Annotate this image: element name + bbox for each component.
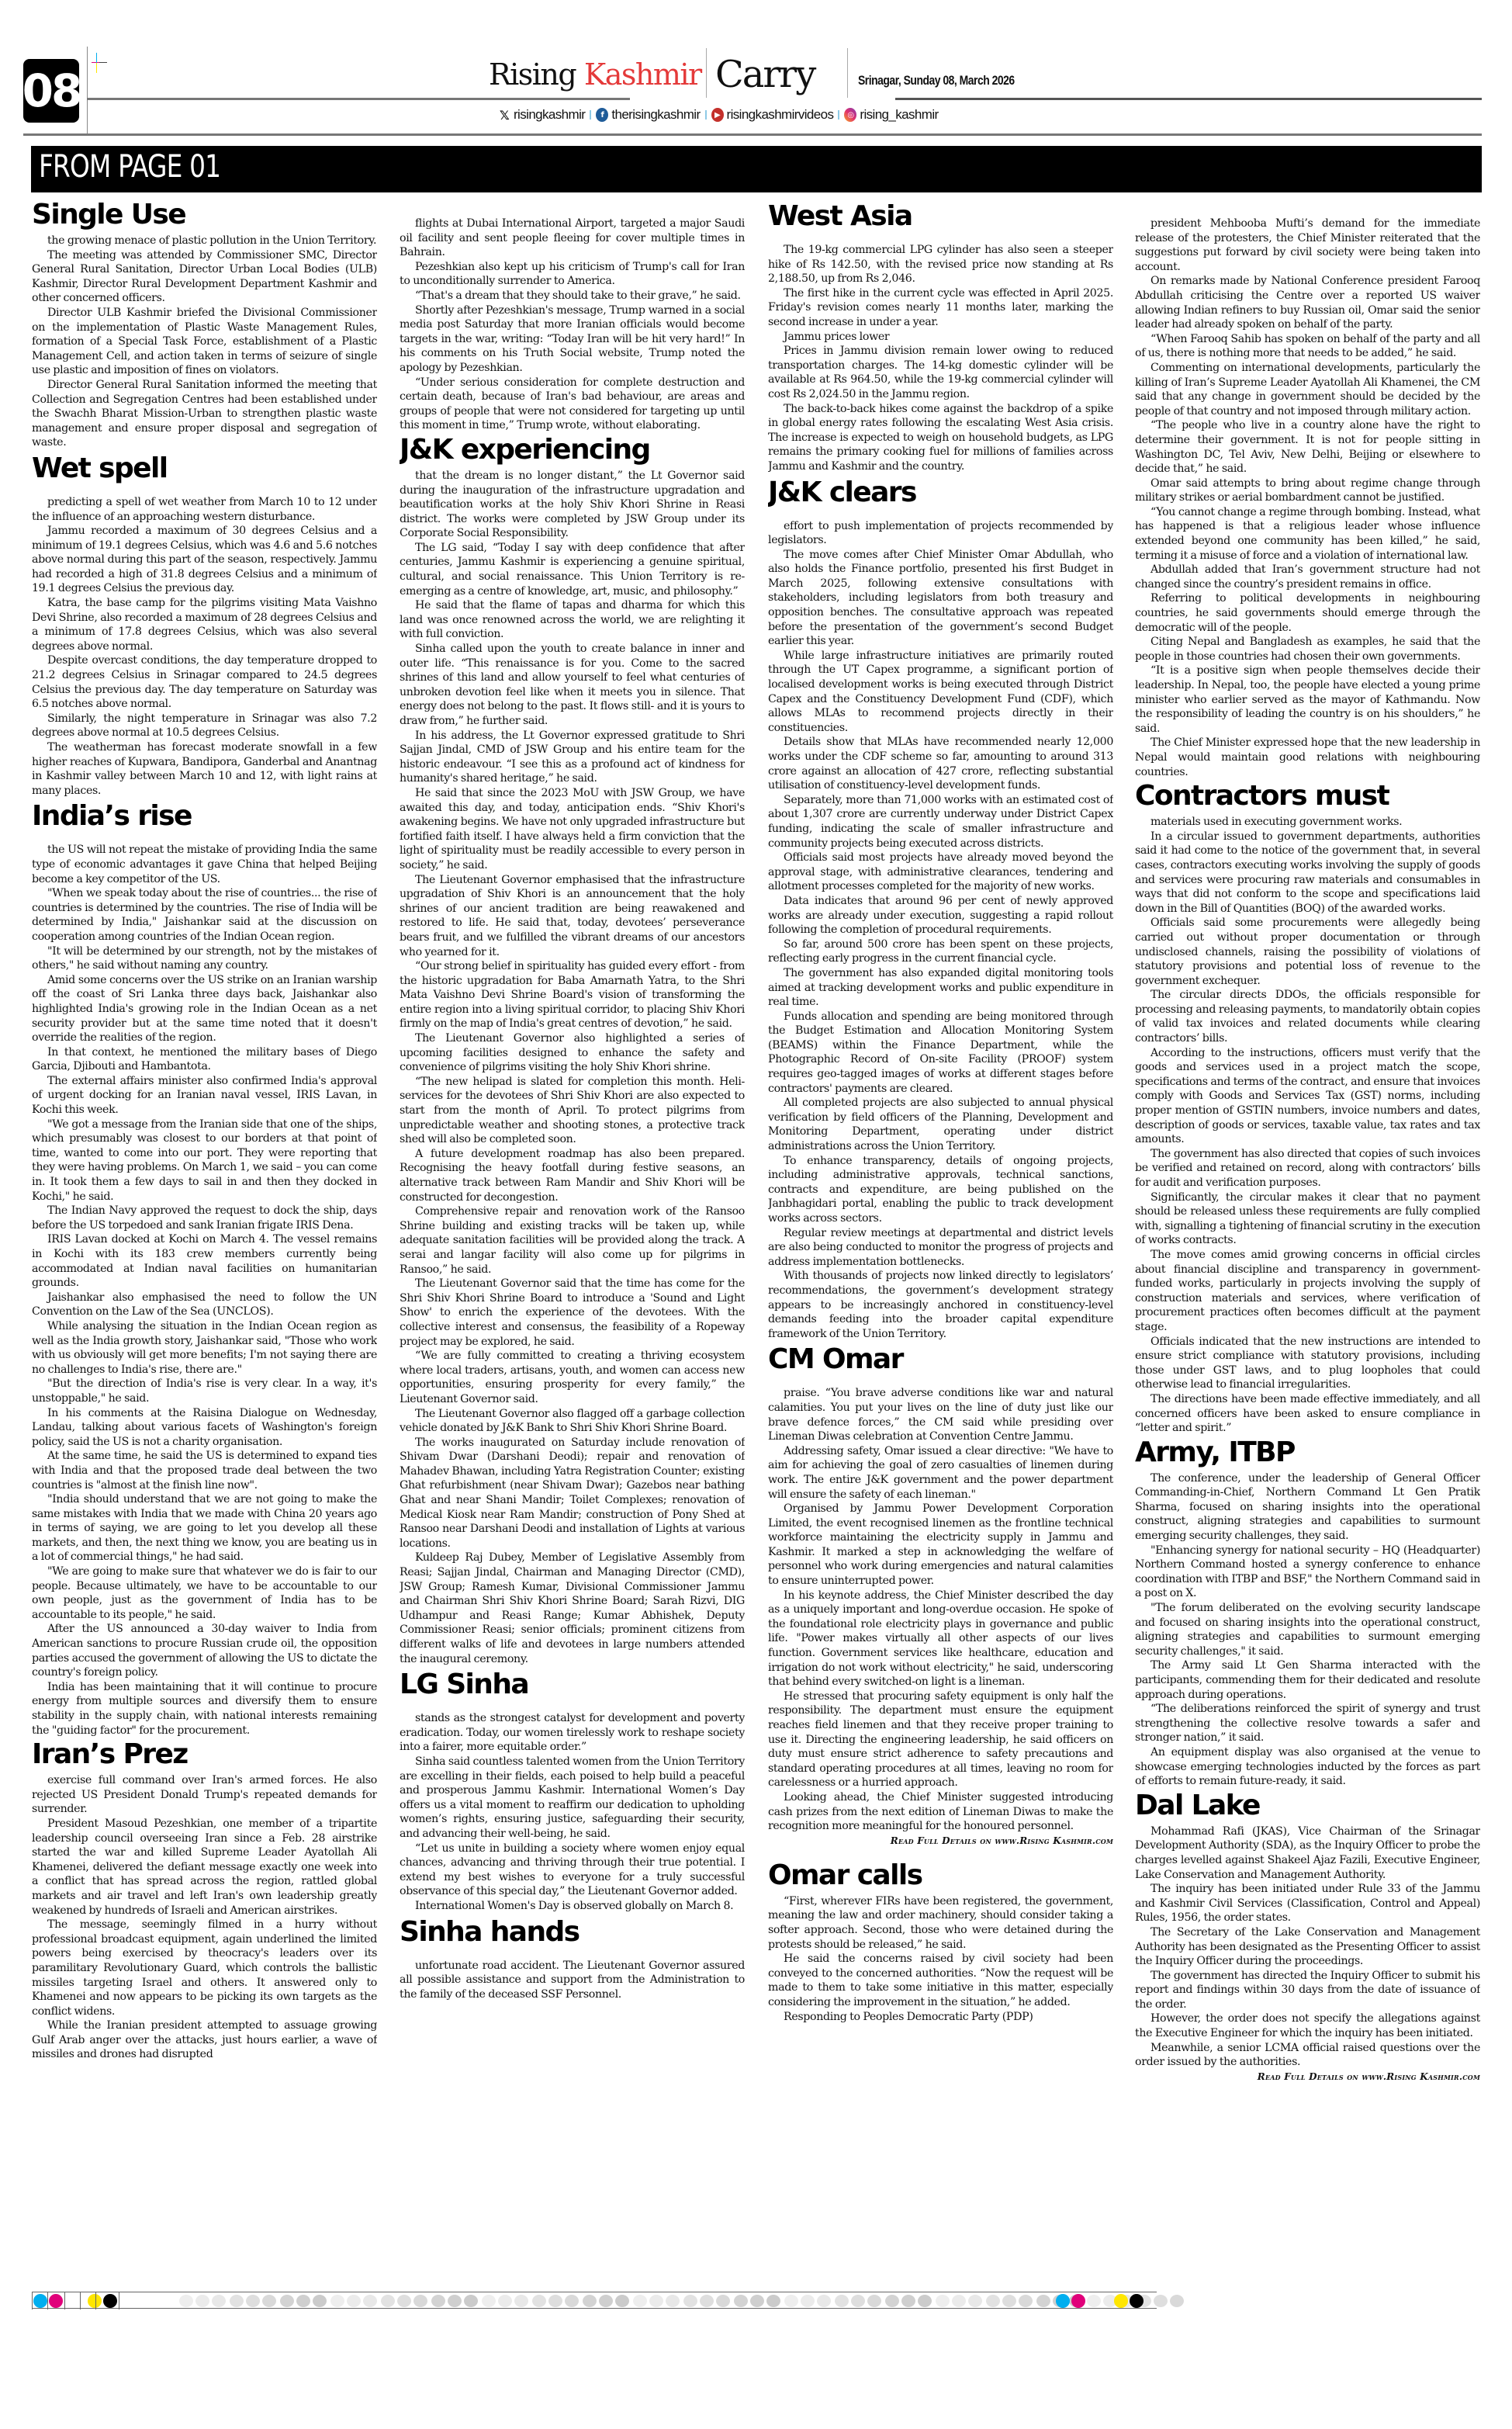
page-number-badge: 08 (23, 59, 79, 123)
article-paragraph: “Our strong belief in spirituality has g… (400, 959, 745, 1031)
article-paragraph: “The people who live in a country alone … (1135, 418, 1480, 476)
article-paragraph: Similarly, the night temperature in Srin… (32, 712, 377, 740)
article-paragraph: The government has also directed that co… (1135, 1147, 1480, 1190)
tint-dot (179, 2295, 193, 2307)
article-paragraph: Sinha called upon the youth to create ba… (400, 642, 745, 729)
section-banner-label: FROM PAGE 01 (39, 149, 220, 185)
tint-dot (683, 2295, 697, 2307)
tint-dot (583, 2295, 597, 2307)
tint-dot (397, 2295, 411, 2307)
article: president Mehbooba Mufti’s demand for th… (1135, 198, 1480, 779)
divider (95, 2292, 96, 2309)
article-paragraph: So far, around 500 crore has been spent … (768, 937, 1113, 966)
article-paragraph: Kuldeep Raj Dubey, Member of Legislative… (400, 1551, 745, 1666)
tint-dot (986, 2295, 1000, 2307)
tint-dot (784, 2295, 798, 2307)
article-paragraph: Sinha said countless talented women from… (400, 1755, 745, 1842)
tint-dot (280, 2295, 294, 2307)
article-paragraph: Amid some concerns over the US strike on… (32, 973, 377, 1045)
tint-dot (766, 2295, 780, 2307)
article: Omar calls“First, wherever FIRs have bee… (768, 1860, 1113, 2024)
instagram-icon: ◎ (844, 108, 856, 122)
tint-dot (885, 2295, 899, 2307)
article-paragraph: The first hike in the current cycle was … (768, 286, 1113, 330)
article-paragraph: Director General Rural Sanitation inform… (32, 378, 377, 450)
tint-dot (968, 2295, 982, 2307)
article-paragraph: A future development roadmap has also be… (400, 1147, 745, 1204)
tint-dot (431, 2295, 445, 2307)
article: LG Sinhastands as the strongest catalyst… (400, 1669, 745, 1913)
article-paragraph: The inquiry has been initiated under Rul… (1135, 1882, 1480, 1925)
article-paragraph: Katra, the base camp for the pilgrims vi… (32, 596, 377, 653)
tint-dot (230, 2295, 244, 2307)
article-paragraph: The Indian Navy approved the request to … (32, 1204, 377, 1232)
article-paragraph: The conference, under the leadership of … (1135, 1471, 1480, 1544)
article-paragraph: "India should understand that we are not… (32, 1492, 377, 1564)
tint-dot (246, 2295, 260, 2307)
article-paragraph: While the Iranian president attempted to… (32, 2018, 377, 2062)
article-paragraph: India has been maintaining that it will … (32, 1680, 377, 1738)
article-paragraph: After the US announced a 30-day waiver t… (32, 1622, 377, 1679)
tint-dot (482, 2295, 496, 2307)
yellow-swatch-icon (88, 2294, 102, 2308)
tint-dot (296, 2295, 310, 2307)
article-paragraph: President Masoud Pezeshkian, one member … (32, 1817, 377, 1918)
article-paragraph: The directions have been made effective … (1135, 1392, 1480, 1436)
tint-dot (313, 2295, 327, 2307)
article-paragraph: All completed projects are also subjecte… (768, 1096, 1113, 1153)
article-paragraph: Comprehensive repair and renovation work… (400, 1204, 745, 1277)
article-paragraph: Responding to Peoples Democratic Party (… (768, 2010, 1113, 2025)
spacer (400, 198, 745, 217)
article-paragraph: materials used in executing government w… (1135, 815, 1480, 830)
article-paragraph: "When we speak today about the rise of c… (32, 886, 377, 944)
social-link-instagram[interactable]: ◎ rising_kashmir (844, 107, 938, 123)
article-headline[interactable]: Omar calls (768, 1860, 1113, 1891)
article-paragraph: Jammu recorded a maximum of 30 degrees C… (32, 524, 377, 596)
article-headline[interactable]: Dal Lake (1135, 1790, 1480, 1821)
tint-dot (835, 2295, 849, 2307)
article-paragraph: The back-to-back hikes come against the … (768, 402, 1113, 474)
magenta-swatch-icon (1071, 2294, 1085, 2308)
article-paragraph: "But the direction of India's rise is ve… (32, 1377, 377, 1405)
tint-dot (1019, 2295, 1033, 2307)
tint-dot (262, 2295, 276, 2307)
article: Single Usethe growing menace of plastic … (32, 199, 377, 450)
tint-dot (413, 2295, 427, 2307)
article-paragraph: The LG said, “Today I say with deep conf… (400, 541, 745, 598)
article-paragraph: the growing menace of plastic pollution … (32, 234, 377, 248)
article-paragraph: praise. “You brave adverse conditions li… (768, 1386, 1113, 1443)
article-paragraph: Organised by Jammu Power Development Cor… (768, 1502, 1113, 1589)
tint-dot (381, 2295, 395, 2307)
tint-dot (1002, 2295, 1016, 2307)
article-paragraph: "The forum deliberated on the evolving s… (1135, 1601, 1480, 1658)
brand-logo[interactable]: Rising Kashmir (489, 57, 701, 92)
tint-dot (347, 2295, 361, 2307)
article-paragraph: flights at Dubai International Airport, … (400, 217, 745, 260)
divider (705, 110, 707, 120)
tint-dot (532, 2295, 546, 2307)
article-paragraph: IRIS Lavan docked at Kochi on March 4. T… (32, 1232, 377, 1290)
tint-dot (615, 2295, 629, 2307)
article: Dal LakeMohammad Rafi (JKAS), Vice Chair… (1135, 1790, 1480, 2082)
article-paragraph: “The new helipad is slated for completio… (400, 1075, 745, 1147)
article-paragraph: The meeting was attended by Commissioner… (32, 248, 377, 306)
article-paragraph: The government has directed the Inquiry … (1135, 1969, 1480, 2012)
social-link-youtube[interactable]: ▶ risingkashmirvideos (711, 107, 834, 123)
tint-dot (901, 2295, 915, 2307)
article-paragraph: “You cannot change a regime through bomb… (1135, 505, 1480, 563)
article-paragraph: Mohammad Rafi (JKAS), Vice Chairman of t… (1135, 1824, 1480, 1882)
article-paragraph: The Lieutenant Governor also flagged off… (400, 1407, 745, 1436)
article-paragraph: At the same time, he said the US is dete… (32, 1449, 377, 1492)
article-paragraph: "We got a message from the Iranian side … (32, 1117, 377, 1204)
column-3: West AsiaThe 19-kg commercial LPG cylind… (768, 198, 1113, 2363)
article-paragraph: Omar said attempts to bring about regime… (1135, 476, 1480, 505)
tint-dot (1154, 2295, 1168, 2307)
article-paragraph: The Chief Minister expressed hope that t… (1135, 736, 1480, 779)
article-paragraph: predicting a spell of wet weather from M… (32, 495, 377, 524)
tint-dot (363, 2295, 377, 2307)
divider (80, 2292, 81, 2309)
article-paragraph: The 19-kg commercial LPG cylinder has al… (768, 243, 1113, 286)
article-paragraph: Details show that MLAs have recommended … (768, 735, 1113, 792)
dateline: Srinagar, Sunday 08, March 2026 (858, 73, 1015, 88)
article: Army, ITBPThe conference, under the lead… (1135, 1437, 1480, 1789)
article-paragraph: Jammu prices lower (768, 330, 1113, 345)
social-link-facebook[interactable]: f therisingkashmir (596, 107, 700, 123)
article-paragraph: In his address, the Lt Governor expresse… (400, 729, 745, 786)
article: India’s risethe US will not repeat the m… (32, 801, 377, 1738)
article-paragraph: “First, wherever FIRs have been register… (768, 1894, 1113, 1952)
article-paragraph: Meanwhile, a senior LCMA official raised… (1135, 2041, 1480, 2070)
tint-dot (801, 2295, 815, 2307)
black-swatch-icon (103, 2294, 117, 2308)
article-paragraph: The works inaugurated on Saturday includ… (400, 1436, 745, 1551)
article-paragraph: “Let us unite in building a society wher… (400, 1842, 745, 1899)
youtube-icon: ▶ (711, 108, 724, 122)
article-paragraph: Officials said some procurements were al… (1135, 916, 1480, 988)
article-paragraph: Significantly, the circular makes it cle… (1135, 1190, 1480, 1248)
article-paragraph: “Under serious consideration for complet… (400, 376, 745, 433)
article-paragraph: Addressing safety, Omar issued a clear d… (768, 1444, 1113, 1502)
article-paragraph: In that context, he mentioned the milita… (32, 1045, 377, 1074)
article-paragraph: “The deliberations reinforced the spirit… (1135, 1702, 1480, 1745)
article-paragraph: "It will be determined by our strength, … (32, 944, 377, 973)
article-paragraph: In his keynote address, the Chief Minist… (768, 1589, 1113, 1689)
column-1: Single Usethe growing menace of plastic … (32, 198, 377, 2363)
article-paragraph: According to the instructions, officers … (1135, 1046, 1480, 1147)
article-paragraph: the US will not repeat the mistake of pr… (32, 843, 377, 886)
article-paragraph: In a circular issued to government depar… (1135, 830, 1480, 917)
article-headline[interactable]: J&K clears (768, 477, 1113, 508)
tint-dot (212, 2295, 226, 2307)
black-swatch-icon (1130, 2294, 1144, 2308)
article-paragraph: While large infrastructure initiatives a… (768, 649, 1113, 736)
article: Sinha handsunfortunate road accident. Th… (400, 1917, 745, 2002)
tint-dot (700, 2295, 714, 2307)
tint-dot (1170, 2295, 1184, 2307)
spacer (1135, 198, 1480, 217)
social-handle: rising_kashmir (860, 107, 938, 123)
article-paragraph: Funds allocation and spending are being … (768, 1010, 1113, 1097)
cyan-swatch-icon (1056, 2294, 1070, 2308)
article-paragraph: To enhance transparency, details of ongo… (768, 1154, 1113, 1226)
divider (590, 110, 591, 120)
tint-dot (514, 2295, 528, 2307)
article-paragraph: "Enhancing synergy for national security… (1135, 1544, 1480, 1601)
tint-dot (867, 2295, 881, 2307)
article-paragraph: "We are going to make sure that whatever… (32, 1564, 377, 1622)
article-headline[interactable]: Wet spell (32, 453, 377, 484)
article-paragraph: Looking ahead, the Chief Minister sugges… (768, 1790, 1113, 1834)
article-paragraph: Pezeshkian also kept up his criticism of… (400, 260, 745, 289)
divider (23, 133, 1482, 136)
tint-dot (936, 2295, 950, 2307)
divider (87, 98, 630, 100)
tint-dot (918, 2295, 932, 2307)
tint-dot (565, 2295, 579, 2307)
tint-dot (548, 2295, 562, 2307)
divider (87, 47, 88, 134)
article-headline[interactable]: Iran’s Prez (32, 1739, 377, 1770)
read-more-link[interactable]: Read Full Details on www.Rising Kashmir.… (768, 1835, 1113, 1846)
article-paragraph: Despite overcast conditions, the day tem… (32, 653, 377, 711)
social-handle: risingkashmirvideos (727, 107, 834, 123)
social-handle: therisingkashmir (611, 107, 700, 123)
article-paragraph: Regular review meetings at departmental … (768, 1226, 1113, 1270)
tint-dot (599, 2295, 613, 2307)
article-paragraph: Commenting on international developments… (1135, 361, 1480, 418)
article-paragraph: “When Farooq Sahib has spoken on behalf … (1135, 332, 1480, 361)
article-paragraph: Jaishankar also emphasised the need to f… (32, 1291, 377, 1319)
article-paragraph: Citing Nepal and Bangladesh as examples,… (1135, 635, 1480, 664)
article-paragraph: However, the order does not specify the … (1135, 2011, 1480, 2040)
article-paragraph: Separately, more than 71,000 works with … (768, 793, 1113, 851)
divider (119, 2292, 119, 2309)
section-banner: FROM PAGE 01 (31, 146, 1482, 192)
article-paragraph: Director ULB Kashmir briefed the Divisio… (32, 306, 377, 378)
social-link-x[interactable]: 𝕏 risingkashmir (498, 107, 585, 123)
yellow-swatch-icon (1114, 2294, 1128, 2308)
divider (64, 2292, 65, 2309)
color-registration-strip (32, 2292, 1157, 2309)
column-4: president Mehbooba Mufti’s demand for th… (1135, 198, 1480, 2363)
x-icon: 𝕏 (498, 108, 510, 122)
cyan-swatch-icon (33, 2294, 47, 2308)
tint-dot (750, 2295, 764, 2307)
article-paragraph: president Mehbooba Mufti’s demand for th… (1135, 217, 1480, 274)
article-headline[interactable]: J&K experiencing (400, 435, 745, 466)
article-headline[interactable]: Army, ITBP (1135, 1437, 1480, 1468)
article-headline[interactable]: Contractors must (1135, 781, 1480, 812)
article-paragraph: Data indicates that around 96 per cent o… (768, 894, 1113, 937)
tint-dot (716, 2295, 730, 2307)
tint-dot (448, 2295, 462, 2307)
divider (847, 48, 848, 98)
tint-dot (851, 2295, 865, 2307)
tint-dot (330, 2295, 344, 2307)
article-paragraph: Officials said most projects have alread… (768, 851, 1113, 894)
article-headline[interactable]: West Asia (768, 201, 1113, 232)
section-name: Carry (715, 53, 815, 96)
article-paragraph: Prices in Jammu division remain lower ow… (768, 344, 1113, 401)
article-paragraph: The move comes amid growing concerns in … (1135, 1248, 1480, 1335)
article: Wet spellpredicting a spell of wet weath… (32, 453, 377, 798)
divider (838, 110, 839, 120)
article-paragraph: The weatherman has forecast moderate sno… (32, 740, 377, 798)
article-paragraph: In his comments at the Raisina Dialogue … (32, 1406, 377, 1450)
article-paragraph: exercise full command over Iran's armed … (32, 1773, 377, 1817)
brand-kashmir: Kashmir (584, 57, 701, 92)
article-headline[interactable]: Single Use (32, 199, 377, 230)
article-paragraph: The message, seemingly filmed in a hurry… (32, 1918, 377, 2018)
article-paragraph: The government has also expanded digital… (768, 966, 1113, 1010)
article-paragraph: He said that the flame of tapas and dhar… (400, 598, 745, 642)
masthead: 08 Rising Kashmir Carry Srinagar, Sunday… (23, 47, 1482, 136)
article-paragraph: “We are fully committed to creating a th… (400, 1349, 745, 1406)
registration-mark-icon (92, 53, 107, 73)
article-paragraph: An equipment display was also organised … (1135, 1745, 1480, 1789)
divider (895, 98, 1482, 100)
brand-rising: Rising (489, 57, 576, 92)
read-more-link[interactable]: Read Full Details on www.Rising Kashmir.… (1135, 2071, 1480, 2082)
social-handle: risingkashmir (514, 107, 585, 123)
article-headline[interactable]: Sinha hands (400, 1917, 745, 1948)
tint-dot (666, 2295, 680, 2307)
article: J&K clearseffort to push implementation … (768, 477, 1113, 1342)
article-paragraph: The move comes after Chief Minister Omar… (768, 548, 1113, 649)
article-paragraph: Abdullah added that Iran’s government st… (1135, 563, 1480, 591)
article-paragraph: The Army said Lt Gen Sharma interacted w… (1135, 1658, 1480, 1702)
tint-dot (633, 2295, 647, 2307)
article-paragraph: stands as the strongest catalyst for dev… (400, 1711, 745, 1755)
article: Contractors mustmaterials used in execut… (1135, 781, 1480, 1436)
social-links: 𝕏 risingkashmir f therisingkashmir ▶ ris… (498, 107, 939, 123)
divider (706, 48, 707, 98)
article-paragraph: The Lieutenant Governor said that the ti… (400, 1277, 745, 1349)
article-paragraph: unfortunate road accident. The Lieutenan… (400, 1959, 745, 2002)
article-paragraph: Shortly after Pezeshkian's message, Trum… (400, 303, 745, 376)
article-paragraph: International Women's Day is observed gl… (400, 1899, 745, 1914)
article-headline[interactable]: LG Sinha (400, 1669, 745, 1700)
article-paragraph: Officials indicated that the new instruc… (1135, 1335, 1480, 1392)
article-paragraph: that the dream is no longer distant,” th… (400, 469, 745, 541)
tint-dot (464, 2295, 478, 2307)
article-paragraph: While analysing the situation in the Ind… (32, 1319, 377, 1377)
article-paragraph: The external affairs minister also confi… (32, 1074, 377, 1117)
tint-dot (1087, 2295, 1101, 2307)
article-paragraph: The Lieutenant Governor also highlighted… (400, 1031, 745, 1075)
facebook-icon: f (596, 108, 608, 122)
article: J&K experiencingthat the dream is no lon… (400, 435, 745, 1666)
article-headline[interactable]: CM Omar (768, 1344, 1113, 1375)
article: West AsiaThe 19-kg commercial LPG cylind… (768, 201, 1113, 474)
article-paragraph: The Lieutenant Governor emphasised that … (400, 873, 745, 960)
article-paragraph: The circular directs DDOs, the officials… (1135, 988, 1480, 1045)
article-paragraph: The Secretary of the Lake Conservation a… (1135, 1925, 1480, 1969)
tint-dot (649, 2295, 663, 2307)
tint-dot (952, 2295, 966, 2307)
article-paragraph: With thousands of projects now linked di… (768, 1269, 1113, 1341)
divider (47, 2292, 48, 2309)
article-paragraph: effort to push implementation of project… (768, 519, 1113, 548)
article-headline[interactable]: India’s rise (32, 801, 377, 832)
tint-dot (817, 2295, 831, 2307)
tint-dot (498, 2295, 512, 2307)
article-paragraph: “It is a positive sign when people thems… (1135, 664, 1480, 736)
article-paragraph: He said that since the 2023 MoU with JSW… (400, 786, 745, 873)
tint-dot (195, 2295, 209, 2307)
magenta-swatch-icon (49, 2294, 63, 2308)
article-paragraph: “That's a dream that they should take to… (400, 289, 745, 303)
article-paragraph: On remarks made by National Conference p… (1135, 274, 1480, 331)
tint-dot (734, 2295, 748, 2307)
tint-dot (1036, 2295, 1050, 2307)
article: Iran’s Prezexercise full command over Ir… (32, 1739, 377, 2062)
article: flights at Dubai International Airport, … (400, 198, 745, 433)
column-2: flights at Dubai International Airport, … (400, 198, 745, 2363)
article-paragraph: He stressed that procuring safety equipm… (768, 1689, 1113, 1790)
divider (32, 2292, 33, 2309)
article-paragraph: Referring to political developments in n… (1135, 591, 1480, 635)
article: CM Omarpraise. “You brave adverse condit… (768, 1344, 1113, 1845)
article-paragraph: He said the concerns raised by civil soc… (768, 1952, 1113, 2009)
